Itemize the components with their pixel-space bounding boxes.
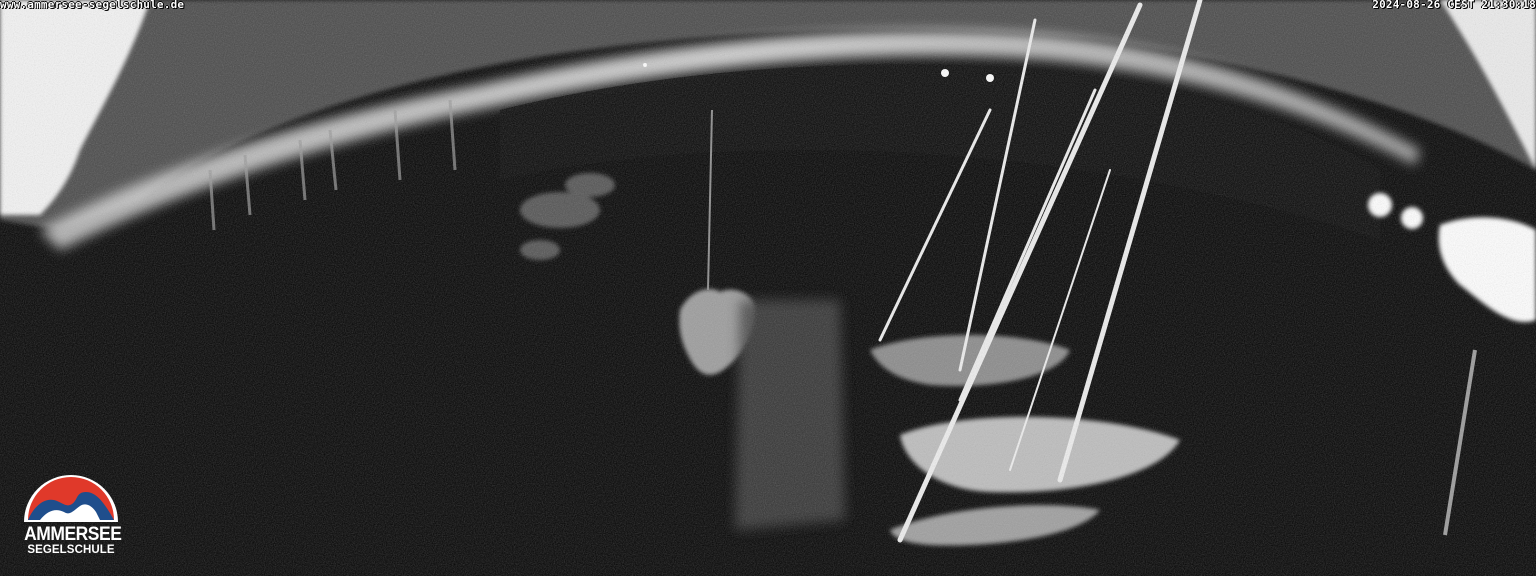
ammersee-segelschule-logo: AMMERSEE SEGELSCHULE — [20, 456, 122, 560]
timestamp-overlay: 2024-08-26 CEST 21:30:18 — [1372, 0, 1536, 11]
logo-title: AMMERSEE — [24, 524, 118, 546]
website-url-overlay: www.ammersee-segelschule.de — [0, 0, 184, 11]
logo-subtitle: SEGELSCHULE — [20, 544, 122, 556]
logo-emblem-icon — [20, 456, 122, 526]
webcam-frame: www.ammersee-segelschule.de 2024-08-26 C… — [0, 0, 1536, 576]
webcam-scene — [0, 0, 1536, 576]
